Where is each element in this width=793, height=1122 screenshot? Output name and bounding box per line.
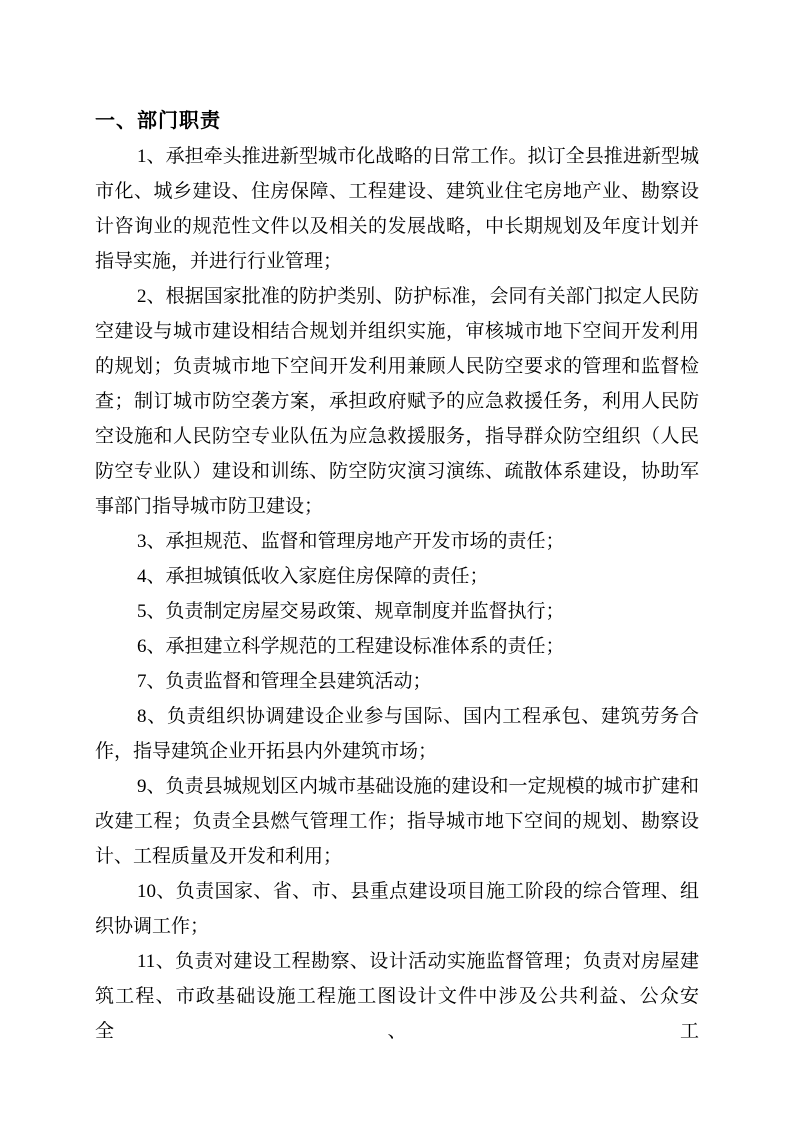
duty-item-7: 7、负责监督和管理全县建筑活动； — [95, 664, 699, 699]
duty-item-9: 9、负责县城规划区内城市基础设施的建设和一定规模的城市扩建和改建工程；负责全县燃… — [95, 769, 699, 874]
duty-item-11: 11、负责对建设工程勘察、设计活动实施监督管理；负责对房屋建筑工程、市政基础设施… — [95, 944, 699, 1049]
section-heading: 一、部门职责 — [95, 104, 699, 139]
document-page: 一、部门职责 1、承担牵头推进新型城市化战略的日常工作。拟订全县推进新型城市化、… — [0, 0, 793, 1122]
duty-item-8: 8、负责组织协调建设企业参与国际、国内工程承包、建筑劳务合作，指导建筑企业开拓县… — [95, 699, 699, 769]
duty-item-4: 4、承担城镇低收入家庭住房保障的责任； — [95, 559, 699, 594]
duty-item-3: 3、承担规范、监督和管理房地产开发市场的责任； — [95, 524, 699, 559]
duty-item-5: 5、负责制定房屋交易政策、规章制度并监督执行； — [95, 594, 699, 629]
duty-item-10: 10、负责国家、省、市、县重点建设项目施工阶段的综合管理、组织协调工作； — [95, 874, 699, 944]
duty-item-6: 6、承担建立科学规范的工程建设标准体系的责任； — [95, 629, 699, 664]
document-body: 一、部门职责 1、承担牵头推进新型城市化战略的日常工作。拟订全县推进新型城市化、… — [95, 104, 699, 1049]
duty-item-2: 2、根据国家批准的防护类别、防护标准，会同有关部门拟定人民防空建设与城市建设相结… — [95, 279, 699, 524]
duty-item-1: 1、承担牵头推进新型城市化战略的日常工作。拟订全县推进新型城市化、城乡建设、住房… — [95, 139, 699, 279]
